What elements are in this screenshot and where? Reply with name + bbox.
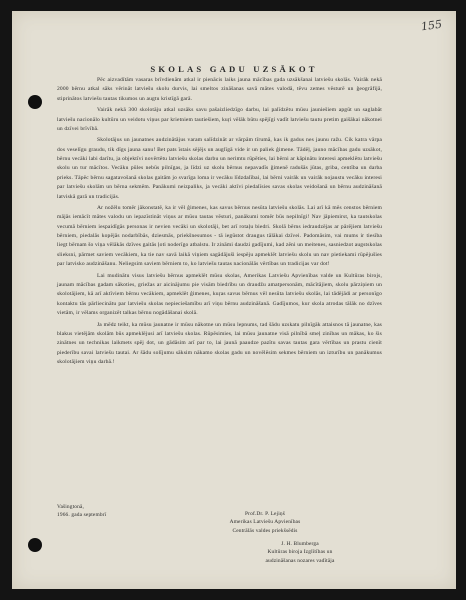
paragraph: Lai mudinātu visus latviešu bērnus apmek… [57,272,382,319]
place: Vašingtonā, [57,503,106,511]
document-title: SKOLAS GADU UZSĀKOT [12,64,456,74]
paragraph: Ar nožēlu tomēr jākonstatē, ka ir vēl ģi… [57,204,382,269]
paragraph: Pēc aizvadītām vasaras brīvdienām atkal … [57,76,382,104]
document-body: Pēc aizvadītām vasaras brīvdienām atkal … [57,76,382,369]
signatory-title: Amerikas Latviešu Apvienības [195,518,335,526]
date: 1966. gada septembrī [57,511,106,519]
signatory-name: J. H. Blumberga [230,540,370,548]
page-number: 155 [420,18,443,34]
signatory-title: Kultūras biroja Izglītības un [230,548,370,556]
paragraph: Vairāk nekā 300 skolotāju atkal uzsāks s… [57,106,382,134]
signatory-name: Prof.Dr. P. Lejiņš [195,510,335,518]
paragraph: Ja mēdz teikt, ka mūsu jaunatne ir mūsu … [57,321,382,368]
punch-hole [28,538,42,552]
signatory-title: audzināšanas nozares vadītāja [230,557,370,565]
place-date: Vašingtonā, 1966. gada septembrī [57,503,106,520]
paragraph: Skolotājus un jaunatnes audzinātājus var… [57,136,382,201]
signature-block: J. H. Blumberga Kultūras biroja Izglītīb… [230,540,370,565]
signatory-title: Centrālās valdes priekšsēdis [195,527,335,535]
punch-hole [28,95,42,109]
signature-block: Prof.Dr. P. Lejiņš Amerikas Latviešu Apv… [195,510,335,535]
